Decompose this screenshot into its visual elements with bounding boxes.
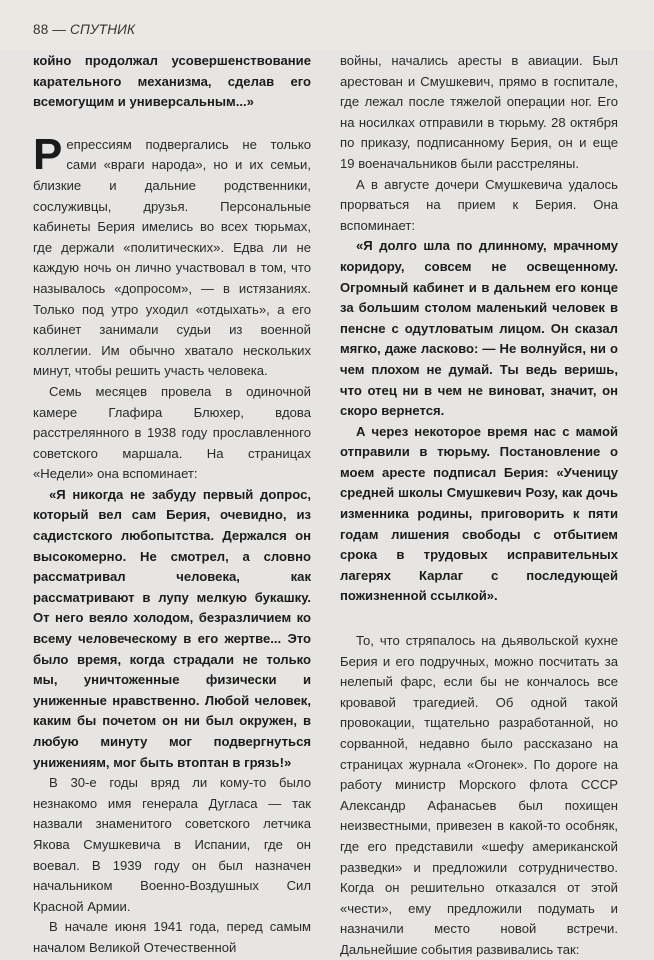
running-head: 88 — СПУТНИК [33, 22, 135, 37]
magazine-title: СПУТНИК [70, 22, 135, 37]
paragraph: войны, начались аресты в авиации. Был ар… [340, 51, 618, 175]
page-number: 88 [33, 22, 48, 37]
quote-paragraph: А через некоторое время нас с мамой отпр… [340, 422, 618, 607]
paragraph: Семь месяцев провела в одиночной камере … [33, 382, 311, 485]
lead-quote: койно продолжал усовершенствование карат… [33, 51, 311, 113]
paragraph: Репрессиям подвергались не только сами «… [33, 135, 311, 382]
paragraph: А в августе дочери Смушкевича удалось пр… [340, 175, 618, 237]
quote-paragraph: «Я долго шла по длинному, мрачному корид… [340, 236, 618, 421]
section-spacer [340, 607, 618, 631]
paragraph: В начале июня 1941 года, перед самым нач… [33, 917, 311, 958]
right-column: войны, начались аресты в авиации. Был ар… [340, 51, 618, 960]
spacer [33, 113, 311, 135]
left-column: койно продолжал усовершенствование карат… [33, 51, 311, 959]
quote-paragraph: «Я никогда не забуду первый допрос, кото… [33, 485, 311, 773]
drop-cap: Р [33, 137, 62, 173]
paragraph: То, что стряпалось на дьявольской кухне … [340, 631, 618, 960]
paragraph: В 30-е годы вряд ли кому-то было незнако… [33, 773, 311, 917]
paragraph-text: епрессиям подвергались не только сами «в… [33, 137, 311, 379]
header-separator: — [48, 22, 70, 37]
